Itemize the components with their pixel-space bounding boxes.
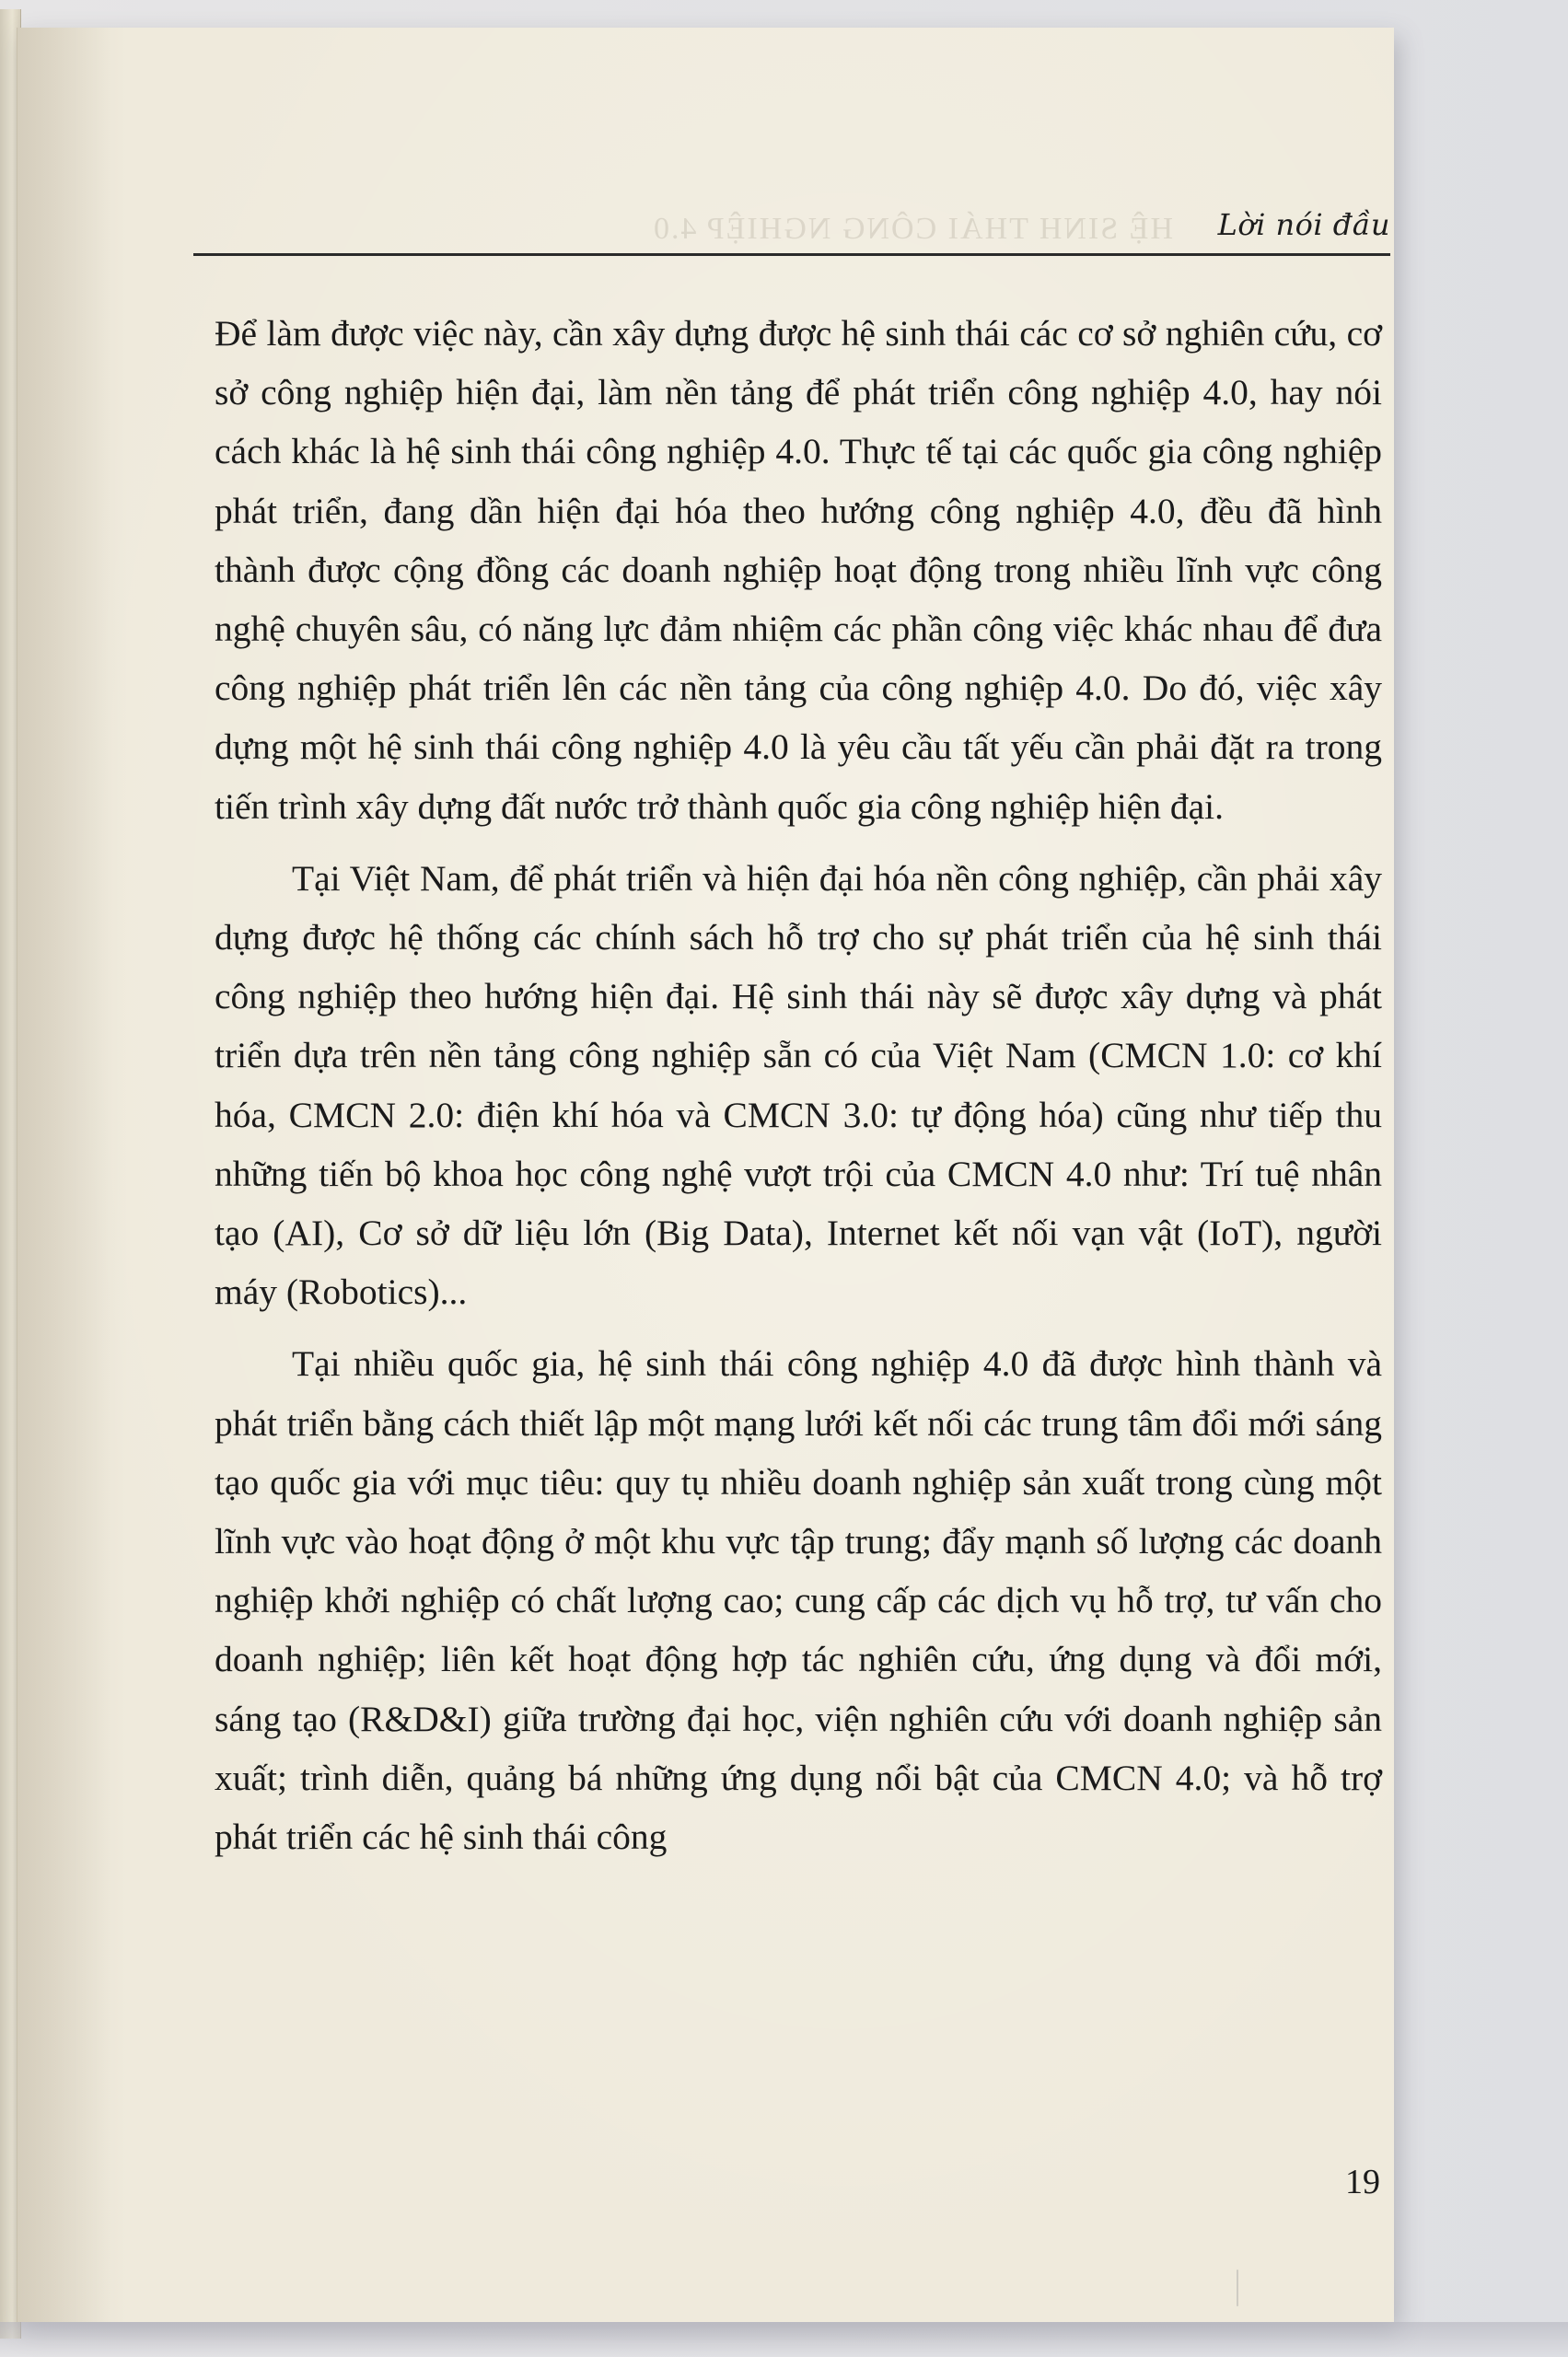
paragraph-3: Tại nhiều quốc gia, hệ sinh thái công ng… (215, 1334, 1382, 1866)
body-text: Để làm được việc này, cần xây dựng được … (215, 304, 1382, 1879)
running-header: Lời nói đầu (193, 207, 1390, 256)
page-number: 19 (1345, 2162, 1380, 2202)
photo-scene: HỆ SINH THÁI CÔNG NGHIỆP 4.0 Lời nói đầu… (0, 0, 1568, 2357)
running-header-title: Lời nói đầu (1218, 207, 1390, 242)
page-gutter (17, 28, 110, 2322)
bottom-shadow (0, 2322, 1568, 2357)
paragraph-1: Để làm được việc này, cần xây dựng được … (215, 304, 1382, 836)
book-page: HỆ SINH THÁI CÔNG NGHIỆP 4.0 Lời nói đầu… (17, 28, 1394, 2322)
paragraph-2: Tại Việt Nam, để phát triển và hiện đại … (215, 849, 1382, 1322)
paper-speck (1237, 2270, 1238, 2306)
